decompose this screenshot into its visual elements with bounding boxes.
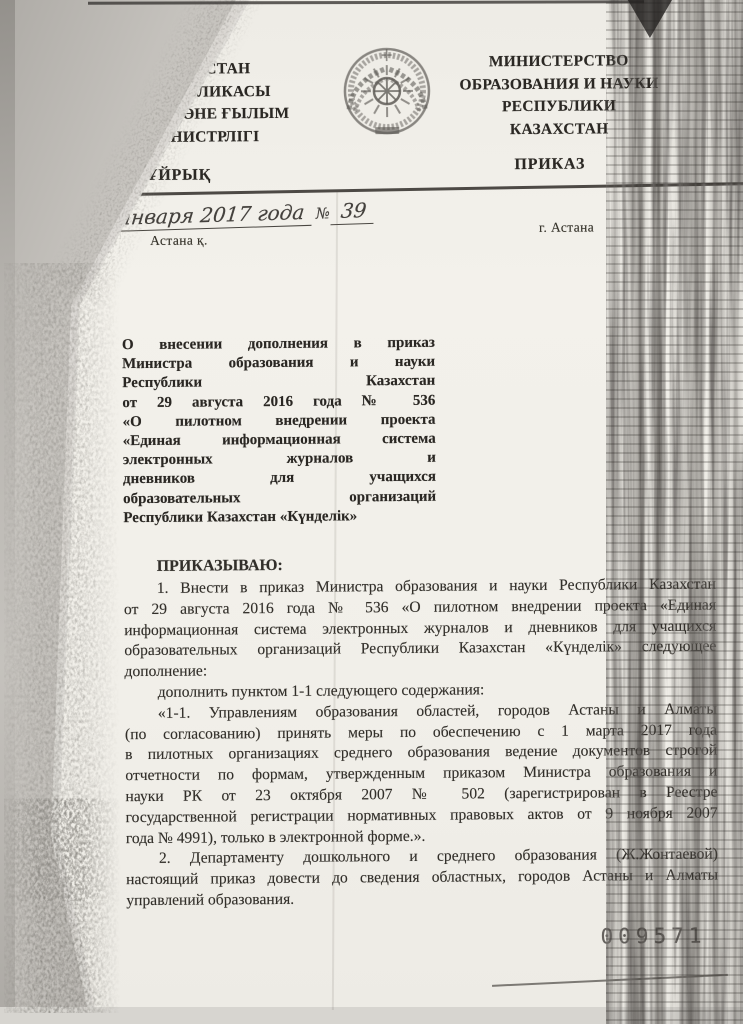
paragraph: 2. Департаменту дошкольного и среднего о… <box>126 845 718 912</box>
ministry-name-russian: МИНИСТЕРСТВООБРАЗОВАНИЯ И НАУКИРЕСПУБЛИК… <box>455 50 664 142</box>
subject-line: «Единая информационная система <box>123 430 436 452</box>
order-keyword: ПРИКАЗЫВАЮ: <box>124 552 716 579</box>
kazakhstan-coat-of-arms-icon <box>339 45 436 142</box>
subject-line: от 29 августа 2016 года № 536 <box>122 391 435 413</box>
city-kazakh: Астана қ. <box>150 233 208 249</box>
subject-line: Республики Казахстан <box>122 372 435 394</box>
org-name-line: ОБРАЗОВАНИЯ И НАУКИ <box>455 72 663 96</box>
order-subject: О внесении дополнения в приказМинистра о… <box>122 334 436 528</box>
paragraph-line: управлений образования. <box>126 886 718 911</box>
org-name-line: МИНИСТЕРСТВО <box>455 50 663 74</box>
city-russian: г. Астана <box>539 219 594 235</box>
paragraph: «1-1. Управлениям образования областей, … <box>125 699 718 849</box>
subject-line: Республики Казахстан «Күнделік» <box>123 507 436 529</box>
org-name-line: КАЗАХСТАН <box>455 117 663 141</box>
org-name-line: РЕСПУБЛИКИ <box>455 95 663 119</box>
paragraph: 1. Внести в приказ Министра образования … <box>124 575 717 684</box>
scan-artifact-bottom-line <box>492 974 728 987</box>
scanned-document-page: ҚАЗАҚСТАНРЕСПУБЛИКАСЫБІЛІМ ЖӘНЕ ҒЫЛЫММИН… <box>0 0 743 1024</box>
number-sign: № <box>315 204 330 222</box>
subject-line: О внесении дополнения в приказ <box>122 334 435 356</box>
order-body: ПРИКАЗЫВАЮ: 1. Внести в приказ Министра … <box>124 552 719 912</box>
subject-line: дневников для учащихся <box>123 468 436 490</box>
scan-left-edge-shadow <box>0 0 15 1007</box>
serial-stamp-number: 009571 <box>600 924 706 949</box>
order-paragraphs: 1. Внести в приказ Министра образования … <box>124 575 719 912</box>
handwritten-month-year: января 2017 года <box>108 200 315 232</box>
subject-line: Министра образования и науки <box>122 353 435 375</box>
subject-line: образовательных организаций <box>123 487 436 509</box>
doc-type-russian: ПРИКАЗ <box>514 156 585 175</box>
subject-line: электронных журналов и <box>123 449 436 471</box>
subject-line: «О пилотном внедрении проекта <box>122 411 435 433</box>
